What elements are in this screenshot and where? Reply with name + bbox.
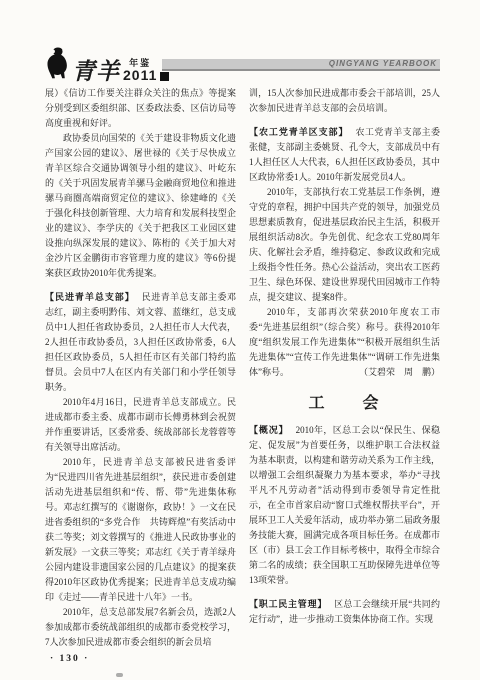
logo-year: 2011 (123, 68, 157, 82)
entry-label-worker-democracy: 【职工民主管理】 (249, 599, 327, 609)
scan-artifact-speck (116, 673, 123, 677)
entry-overview: 【概况】2010年，区总工会以“保民生、保稳定、促发展”为首要任务，以维护职工合… (249, 423, 440, 588)
paragraph-training-continued: 训，15人次参加民进成都市委会干部培训，25人次参加民进青羊总支部的会员培训。 (249, 86, 440, 116)
entry-label-nonggongdang: 【农工党青羊区支部】 (249, 127, 348, 137)
paragraph-nonggongdang-honors: 2010年，支部再次荣获2010年度农工市委“先进基层组织”（综合奖）称号。获得… (249, 305, 440, 380)
page-header: 青羊 年鉴 2011 QINGYANG YEARBOOK (44, 42, 440, 82)
entry-worker-democracy: 【职工民主管理】区总工会继续开展“共同约定行动”，进一步推动工资集体协商工作。实… (249, 597, 440, 627)
text-columns: 展）《信访工作要关注群众关注的焦点》等提案分别受到区委组织部、区委政法委、区信访… (45, 86, 440, 654)
banner-title: QINGYANG YEARBOOK (329, 59, 440, 69)
paragraph-cppcc-proposals: 政协委员向国荣的《关于建设非物质文化遗产国家公园的建议》、屠世禄的《关于尽快成立… (45, 131, 236, 281)
paragraph-minjin-founding: 2010年4月16日，民进青羊总支部成立。民进成都市委主委、成都市副市长傅勇林到… (45, 395, 236, 455)
logo-year-stack: 年鉴 2011 (123, 59, 157, 82)
paragraph-minjin-members: 2010年，总支总部发展7名新会员，选派2人参加成都市委统战部组织的成都市委党校… (45, 605, 236, 650)
entry-label-overview: 【概况】 (249, 425, 289, 435)
logo-square-mark (160, 72, 169, 81)
paragraph-nonggongdang-activities: 2010年，支部执行农工党基层工作条例，遵守党的章程，拥护中国共产党的领导，加强… (249, 185, 440, 305)
author-byline: （艾碧荣 周 鹏） (333, 365, 440, 380)
right-column: 训，15人次参加民进成都市委会干部培训，25人次参加民进青羊总支部的会员培训。 … (249, 86, 440, 654)
paragraph-proposals-continued: 展）《信访工作要关注群众关注的焦点》等提案分别受到区委组织部、区委政法委、区信访… (45, 86, 236, 131)
paragraph-minjin-awards: 2010年，民进青羊总支部被民进省委评为“民进四川省先进基层组织”，获民进市委创… (45, 455, 236, 605)
logo-script-text: 青羊 (72, 60, 120, 83)
entry-label-minjin: 【民进青羊总支部】 (45, 292, 135, 302)
yearbook-logo: 青羊 年鉴 2011 (44, 46, 169, 82)
left-column: 展）《信访工作要关注群众关注的焦点》等提案分别受到区委组织部、区委政法委、区信访… (45, 86, 236, 654)
page-number: · 130 · (50, 654, 89, 664)
entry-body-overview: 2010年，区总工会以“保民生、保稳定、促发展”为首要任务，以维护职工合法权益为… (249, 425, 440, 585)
section-title-trade-union: 工 会 (249, 396, 440, 411)
entry-nonggongdang-branch: 【农工党青羊区支部】农工党青羊支部主委张健，支部副主委姚贤、孔令大，支部成员中有… (249, 125, 440, 185)
entry-body-minjin: 民进青羊总支部主委邓志红，副主委明黔伟、刘文蓉、蓝继红，总支成员中1人担任省政协… (45, 292, 236, 392)
header-banner-bar: QINGYANG YEARBOOK (162, 59, 440, 71)
entry-minjin-qingyang-branch: 【民进青羊总支部】民进青羊总支部主委邓志红，副主委明黔伟、刘文蓉、蓝继红，总支成… (45, 290, 236, 395)
yearbook-scanned-page: 青羊 年鉴 2011 QINGYANG YEARBOOK 展）《信访工作要关注群… (0, 0, 480, 680)
goat-logo-icon (44, 46, 70, 82)
